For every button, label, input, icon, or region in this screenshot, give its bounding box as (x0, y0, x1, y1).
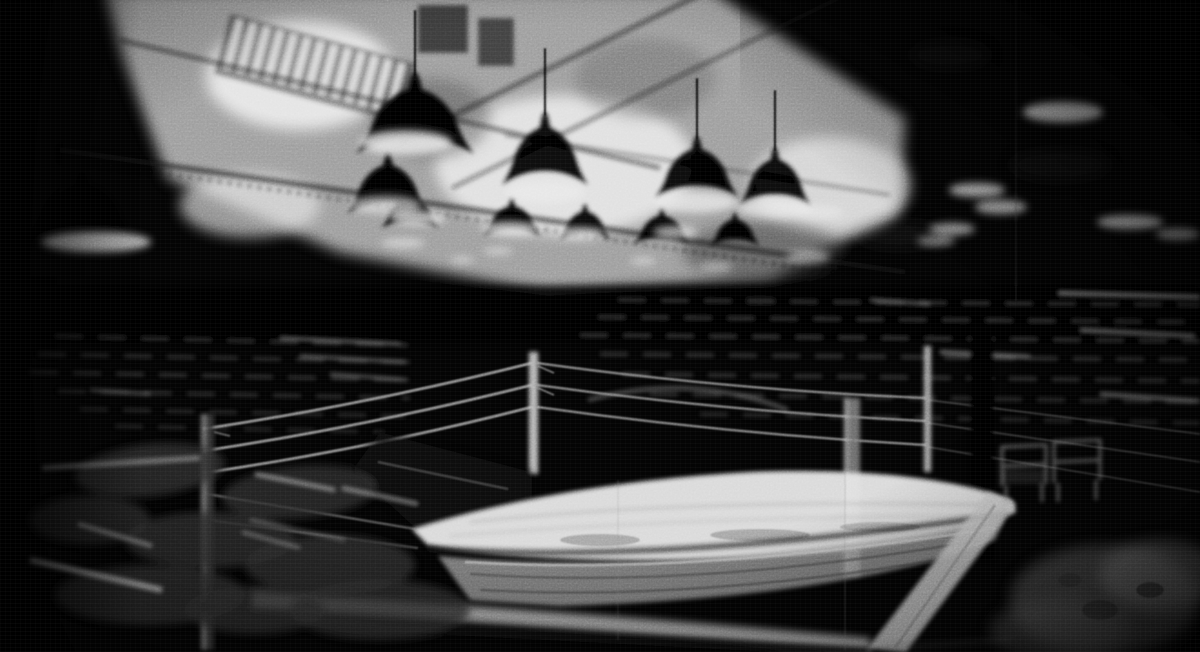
artwork-boxing-ring-drawing (0, 0, 1200, 652)
scene-canvas (0, 0, 1200, 652)
film-grain-overlay (0, 0, 1200, 652)
